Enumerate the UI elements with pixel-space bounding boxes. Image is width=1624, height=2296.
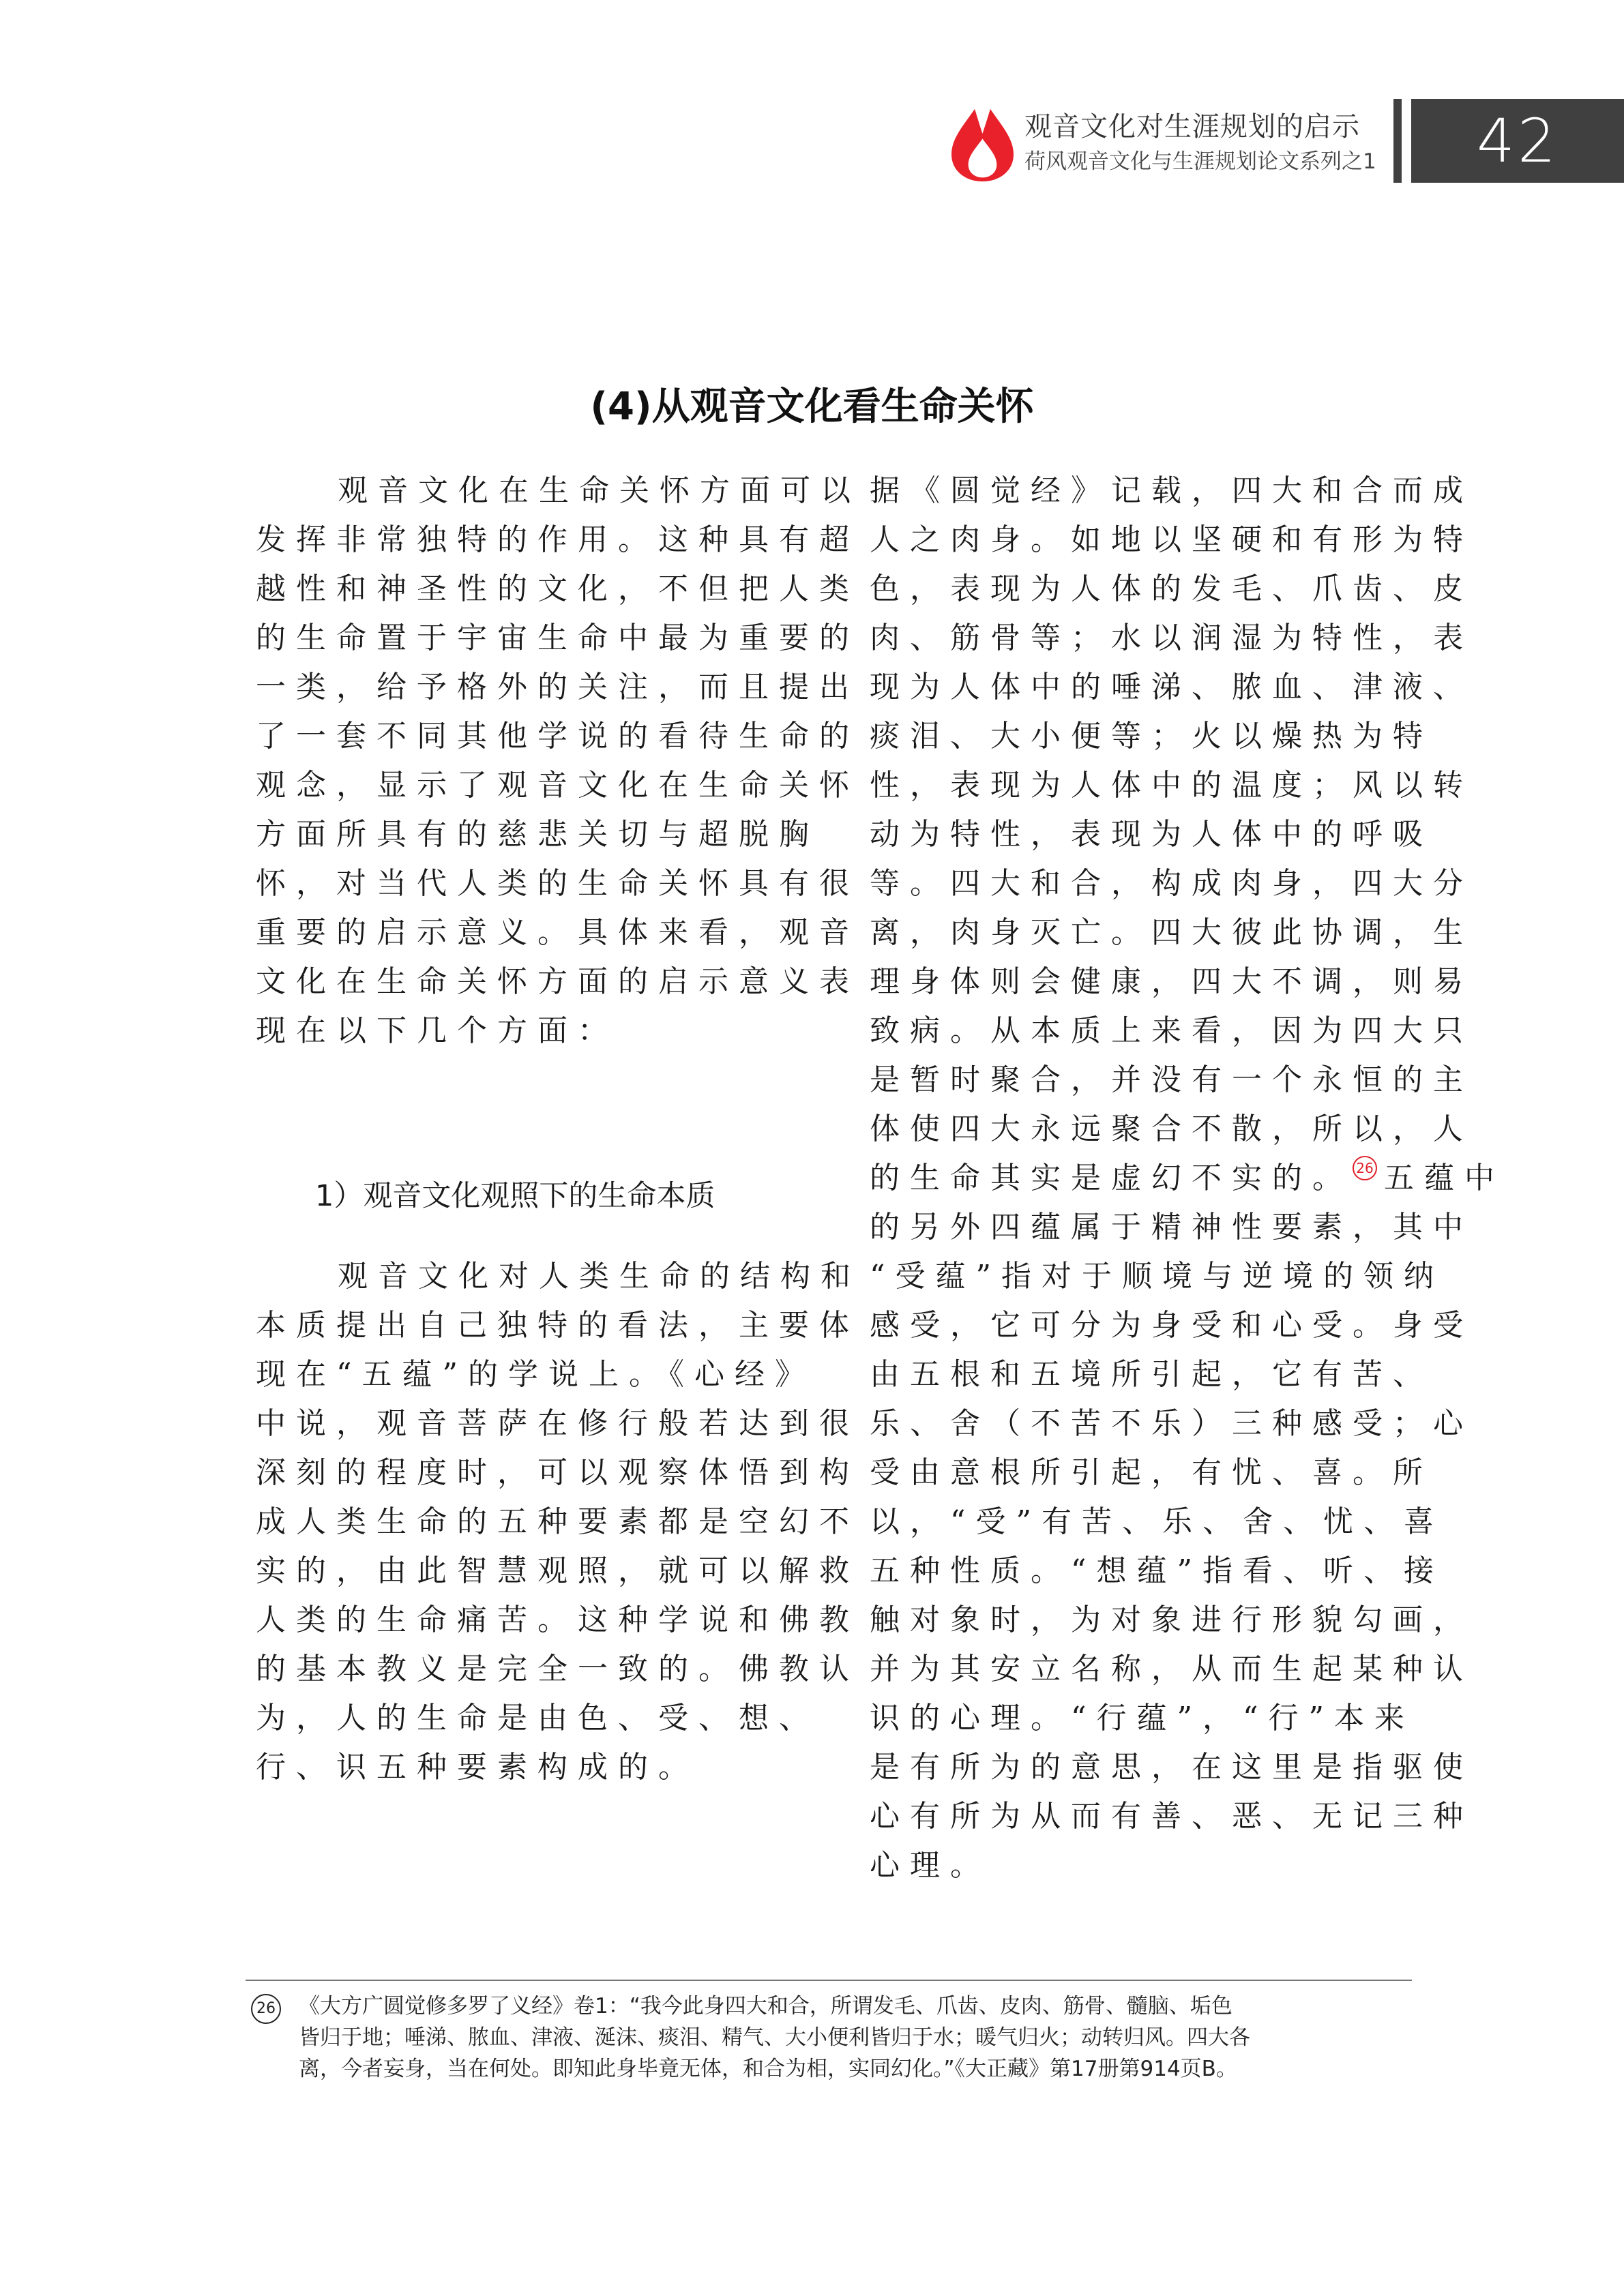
text-segment: 五蕴中: [1384, 1161, 1505, 1195]
text-line: 致病。从本质上来看，因为四大只: [870, 1007, 1415, 1056]
text-line: 人类的生命痛苦。这种学说和佛教: [256, 1596, 801, 1645]
text-line: 实的，由此智慧观照，就可以解救: [256, 1547, 801, 1596]
text-line: 观音文化在生命关怀方面可以: [256, 466, 801, 516]
section-title: (4)从观音文化看生命关怀: [0, 376, 1624, 431]
text-line: 痰泪、大小便等；火以燥热为特: [870, 712, 1415, 761]
text-line-with-footnote-ref: 的生命其实是虚幻不实的。26五蕴中: [870, 1154, 1415, 1203]
text-line: 重要的启示意义。具体来看，观音: [256, 908, 801, 957]
text-line: 了一套不同其他学说的看待生命的: [256, 712, 801, 761]
text-line: 五种性质。“想蕴”指看、听、接: [870, 1547, 1415, 1596]
text-line: 受由意根所引起，有忧、喜。所: [870, 1448, 1415, 1497]
text-line: 现为人体中的唾涕、脓血、津液、: [870, 663, 1415, 712]
text-line: 乐、舍（不苦不乐）三种感受；心: [870, 1399, 1415, 1448]
text-line: 以，“受”有苦、乐、舍、忧、喜: [870, 1497, 1415, 1547]
right-column: 据《圆觉经》记载，四大和合而成 人之肉身。如地以坚硬和有形为特 色，表现为人体的…: [870, 466, 1415, 1890]
header-titles: 观音文化对生涯规划的启示 荷风观音文化与生涯规划论文系列之1: [1024, 108, 1376, 177]
footnote-line: 《大方广圆觉修多罗了义经》卷1：“我今此身四大和合，所谓发毛、爪齿、皮肉、筋骨、…: [299, 1991, 1232, 2021]
text-line: 等。四大和合，构成肉身，四大分: [870, 859, 1415, 908]
text-line: 一类，给予格外的关注，而且提出: [256, 663, 801, 712]
text-line: “受蕴”指对于顺境与逆境的领纳: [870, 1252, 1415, 1301]
text-line: 心有所为从而有善、恶、无记三种: [870, 1792, 1415, 1841]
running-subtitle: 荷风观音文化与生涯规划论文系列之1: [1024, 146, 1376, 177]
footnote-reference-link[interactable]: 26: [1353, 1156, 1377, 1180]
text-line: 是有所为的意思，在这里是指驱使: [870, 1743, 1415, 1792]
footnote-line: 皆归于地；唾涕、脓血、津液、涎沫、痰泪、精气、大小便利皆归于水；暖气归火；动转归…: [299, 2023, 1250, 2053]
header-logo: [950, 108, 1015, 183]
text-line: 文化在生命关怀方面的启示意义表: [256, 957, 801, 1007]
text-line: 的生命置于宇宙生命中最为重要的: [256, 614, 801, 663]
text-line: 怀，对当代人类的生命关怀具有很: [256, 859, 801, 908]
text-line: 行、识五种要素构成的。: [256, 1743, 801, 1792]
running-title: 观音文化对生涯规划的启示: [1024, 108, 1376, 146]
text-line: 的基本教义是完全一致的。佛教认: [256, 1645, 801, 1694]
text-line: 本质提出自己独特的看法，主要体: [256, 1301, 801, 1350]
page-number: 42: [1411, 99, 1624, 183]
text-line: 为，人的生命是由色、受、想、: [256, 1694, 801, 1743]
text-line: 并为其安立名称，从而生起某种认: [870, 1645, 1415, 1694]
subsection-heading: 1）观音文化观照下的生命本质: [315, 1173, 715, 1214]
text-line: 体使四大永远聚合不散，所以，人: [870, 1105, 1415, 1154]
text-line: 理身体则会健康，四大不调，则易: [870, 957, 1415, 1007]
text-line: 观音文化对人类生命的结构和: [256, 1252, 801, 1301]
text-line: 中说，观音菩萨在修行般若达到很: [256, 1399, 801, 1448]
text-line: 人之肉身。如地以坚硬和有形为特: [870, 516, 1415, 565]
text-line: 成人类生命的五种要素都是空幻不: [256, 1497, 801, 1547]
text-line: 观念，显示了观音文化在生命关怀: [256, 761, 801, 810]
left-column-paragraph-1: 观音文化在生命关怀方面可以 发挥非常独特的作用。这种具有超 越性和神圣性的文化，…: [256, 466, 801, 1056]
flame-drop-logo-icon: [950, 108, 1015, 183]
text-line: 是暂时聚合，并没有一个永恒的主: [870, 1056, 1415, 1105]
text-line: 发挥非常独特的作用。这种具有超: [256, 516, 801, 565]
text-line: 肉、筋骨等；水以润湿为特性，表: [870, 614, 1415, 663]
text-line: 深刻的程度时，可以观察体悟到构: [256, 1448, 801, 1497]
text-line: 现在以下几个方面：: [256, 1007, 801, 1056]
footnote-line: 离，今者妄身，当在何处。即知此身毕竟无体，和合为相，实同幻化。”《大正藏》第17…: [299, 2054, 1237, 2084]
text-line: 据《圆觉经》记载，四大和合而成: [870, 466, 1415, 516]
text-line: 性，表现为人体中的温度；风以转: [870, 761, 1415, 810]
footnote-number: 26: [251, 1994, 281, 2024]
text-line: 感受，它可分为身受和心受。身受: [870, 1301, 1415, 1350]
text-line: 越性和神圣性的文化，不但把人类: [256, 565, 801, 614]
text-line: 的另外四蕴属于精神性要素，其中: [870, 1203, 1415, 1252]
text-segment: 的生命其实是虚幻不实的。: [870, 1161, 1353, 1195]
text-line: 方面所具有的慈悲关切与超脱胸: [256, 810, 801, 859]
text-line: 离，肉身灭亡。四大彼此协调，生: [870, 908, 1415, 957]
header-divider-bar: [1393, 99, 1402, 183]
text-line: 色，表现为人体的发毛、爪齿、皮: [870, 565, 1415, 614]
text-line: 动为特性，表现为人体中的呼吸: [870, 810, 1415, 859]
text-line: 心理。: [870, 1841, 1415, 1890]
text-line: 现在“五蕴”的学说上。《心经》: [256, 1350, 801, 1399]
left-column-paragraph-2: 观音文化对人类生命的结构和 本质提出自己独特的看法，主要体 现在“五蕴”的学说上…: [256, 1252, 801, 1792]
footnote-divider: [246, 1980, 1412, 1981]
text-line: 由五根和五境所引起，它有苦、: [870, 1350, 1415, 1399]
text-line: 触对象时，为对象进行形貌勾画，: [870, 1596, 1415, 1645]
text-line: 识的心理。“行蕴”，“行”本来: [870, 1694, 1415, 1743]
